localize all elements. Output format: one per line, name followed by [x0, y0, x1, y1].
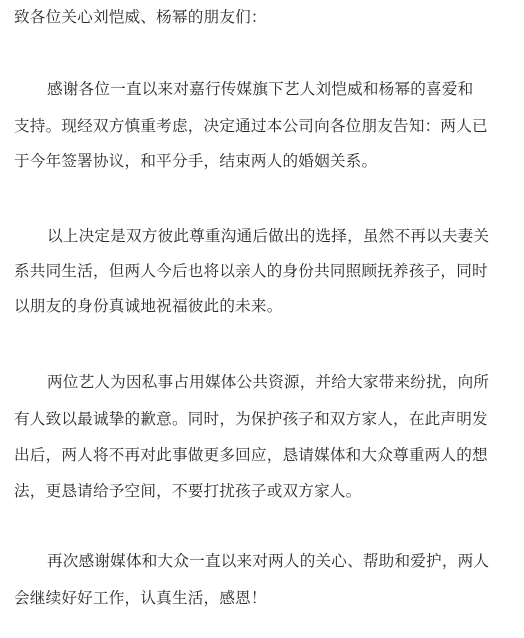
paragraph-line: 以朋友的身份真诚地祝福彼此的未来。	[14, 296, 283, 316]
paragraph-line: 两位艺人为因私事占用媒体公共资源，并给大家带来纷扰，向所	[47, 372, 489, 392]
paragraph-line: 感谢各位一直以来对嘉行传媒旗下艺人刘恺威和杨幂的喜爱和	[47, 79, 473, 99]
paragraph-line: 出后，两人将不再对此事做更多回应，恳请媒体和大众尊重两人的想	[14, 445, 488, 465]
paragraph-line: 会继续好好工作，认真生活，感恩！	[14, 588, 267, 608]
paragraph-line: 有人致以最诚挚的歉意。同时，为保护孩子和双方家人，在此声明发	[14, 409, 488, 429]
greeting: 致各位关心刘恺威、杨幂的朋友们：	[14, 7, 267, 27]
paragraph-line: 系共同生活，但两人今后也将以亲人的身份共同照顾抚养孩子，同时	[14, 261, 488, 281]
paragraph-line: 以上决定是双方彼此尊重沟通后做出的选择，虽然不再以夫妻关	[47, 226, 489, 246]
paragraph-line: 法，更恳请给予空间，不要打扰孩子或双方家人。	[14, 481, 361, 501]
paragraph-line: 支持。现经双方慎重考虑，决定通过本公司向各位朋友告知：两人已	[14, 116, 488, 136]
paragraph-line: 再次感谢媒体和大众一直以来对两人的关心、帮助和爱护，两人	[47, 551, 489, 571]
paragraph-line: 于今年签署协议，和平分手，结束两人的婚姻关系。	[14, 151, 377, 171]
